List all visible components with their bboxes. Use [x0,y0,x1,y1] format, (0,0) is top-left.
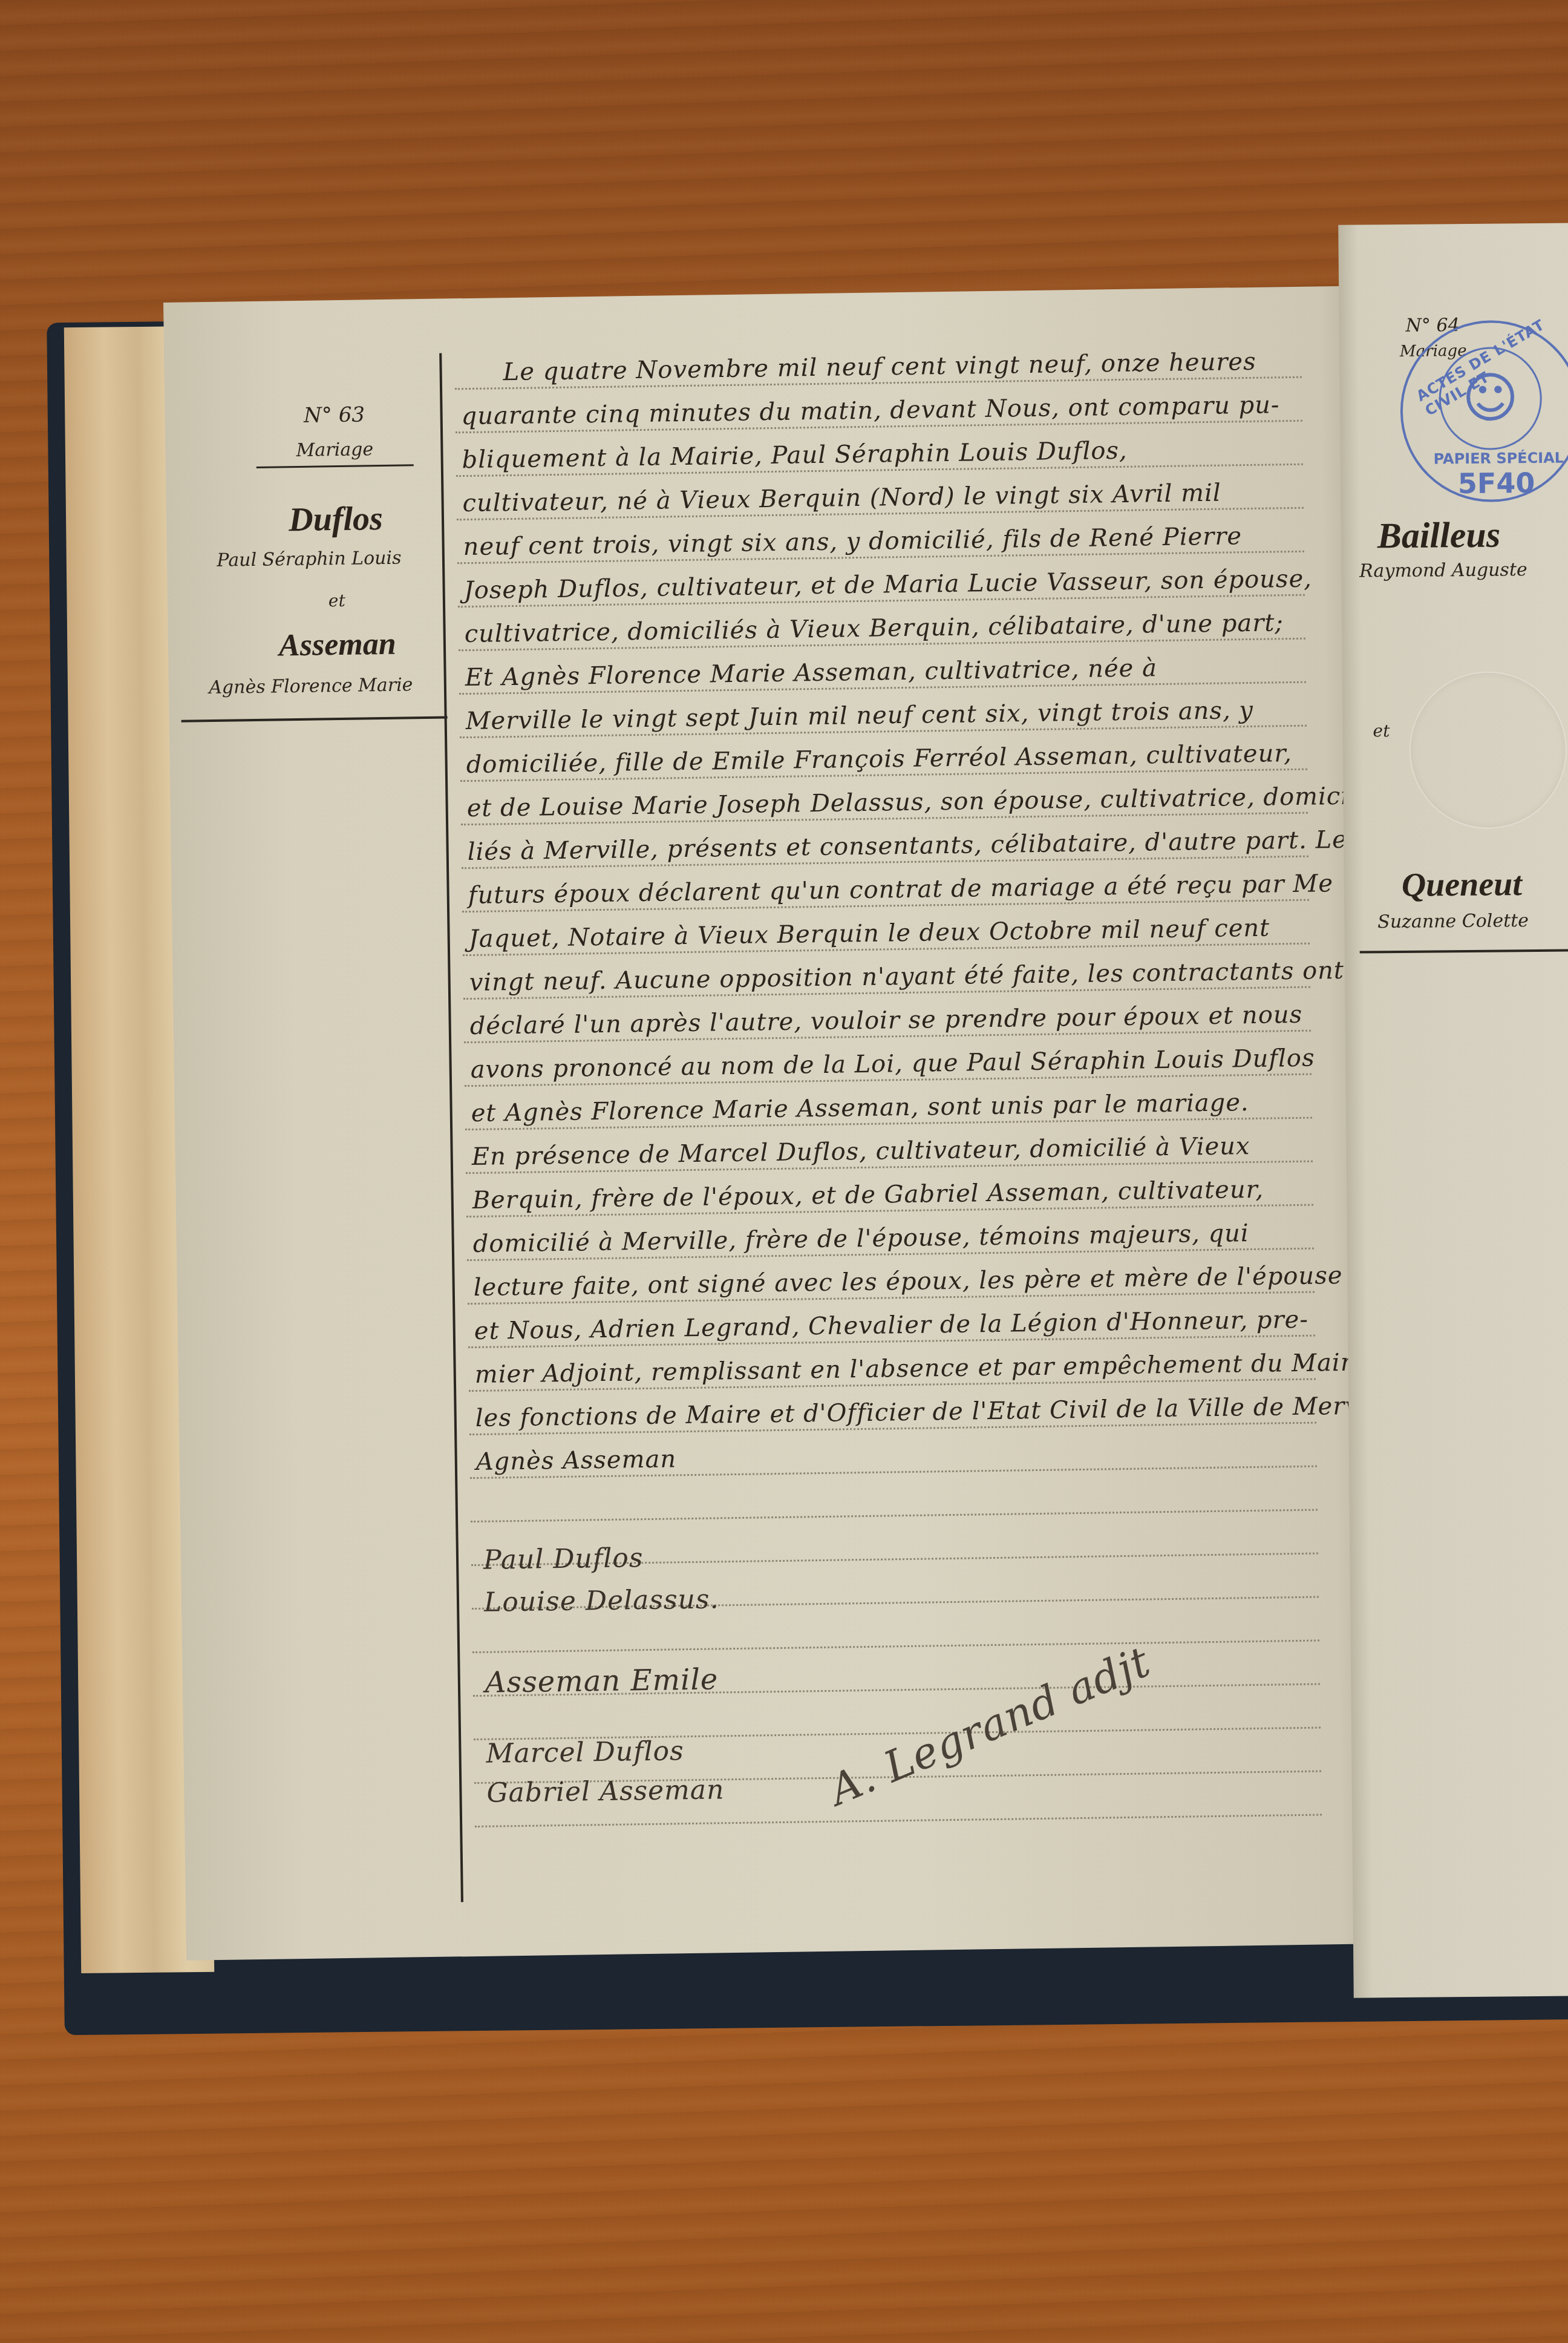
record-line: vingt neuf. Aucune opposition n'ayant ét… [469,957,1344,997]
ruled-line [472,1640,1319,1654]
conjunction-et: et [258,589,416,612]
record-line: domiciliée, fille de Emile François Ferr… [466,739,1292,779]
embossed-seal [1409,671,1567,830]
bride-surname: Queneut [1401,865,1522,905]
record-line: Merville le vingt sept Juin mil neuf cen… [465,696,1253,735]
groom-surname: Bailleus [1377,514,1500,557]
record-line: et de Louise Marie Joseph Delassus, son … [466,782,1357,823]
record-line: futurs époux déclarent qu'un contrat de … [468,870,1333,909]
signature-officer: A. Legrand adjt [822,1637,1157,1815]
bride-surname: Asseman [253,626,423,664]
record-line: Jaquet, Notaire à Vieux Berquin le deux … [468,914,1270,953]
margin-divider [1360,949,1568,953]
record-line: cultivatrice, domiciliés à Vieux Berquin… [464,609,1284,648]
conjunction-et: et [1373,721,1390,741]
margin-divider [181,716,448,723]
record-line: lecture faite, ont signé avec les époux,… [473,1262,1342,1302]
bride-signature-inline: Agnès Asseman [475,1445,676,1476]
bride-given-names: Agnès Florence Marie [181,674,441,699]
record-line: les fonctions de Maire et d'Officier de … [475,1392,1399,1432]
act-number: N° 63 [255,402,413,428]
stamp-price: 5F40 [1458,467,1535,500]
ruled-line [475,1814,1322,1828]
signature-groom: Paul Duflos [483,1542,644,1576]
record-line: En présence de Marcel Duflos, cultivateu… [471,1132,1250,1171]
record-line: et Agnès Florence Marie Asseman, sont un… [471,1089,1249,1127]
record-line: domicilié à Merville, frère de l'épouse,… [472,1219,1249,1258]
signature-bride-father: Asseman Emile [485,1662,719,1699]
record-line: Berquin, frère de l'époux, et de Gabriel… [472,1176,1264,1214]
record-line: cultivateur, né à Vieux Berquin (Nord) l… [462,479,1221,518]
signature-witness-2: Gabriel Asseman [486,1774,725,1808]
record-line: neuf cent trois, vingt six ans, y domici… [463,522,1242,561]
act-type: Mariage [256,438,414,468]
groom-surname: Duflos [251,499,421,540]
margin-rule [439,353,463,1902]
record-line: quarante cinq minutes du matin, devant N… [461,391,1279,430]
ruled-line [471,1509,1318,1523]
record-line: déclaré l'un après l'autre, vouloir se p… [469,1001,1302,1040]
record-line: liés à Merville, présents et consentants… [467,825,1360,866]
record-line: Le quatre Novembre mil neuf cent vingt n… [503,348,1256,386]
stamp-paper-label: PAPIER SPÉCIAL [1433,450,1564,468]
groom-given-names: Paul Séraphin Louis [179,547,439,572]
stamp-medallion: ☺ [1439,347,1542,450]
record-line: Joseph Duflos, cultivateur, et de Maria … [463,565,1312,605]
record-line: mier Adjoint, remplissant en l'absence e… [474,1348,1376,1389]
left-page: N° 63 Mariage Duflos Paul Séraphin Louis… [163,286,1390,1961]
bride-given-names: Suzanne Colette [1377,910,1529,932]
record-line: avons prononcé au nom de la Loi, que Pau… [470,1044,1315,1084]
marianne-profile-icon: ☺ [1462,371,1519,426]
signature-bride-mother: Louise Delassus. [484,1584,719,1617]
right-page: N° 64 Mariage ACTES DE L'ÉTAT CIVIL ET ☺… [1338,223,1568,1997]
groom-given-names: Raymond Auguste [1359,559,1527,582]
record-line: et Nous, Adrien Legrand, Chevalier de la… [474,1306,1308,1345]
signature-witness-1: Marcel Duflos [486,1735,684,1769]
